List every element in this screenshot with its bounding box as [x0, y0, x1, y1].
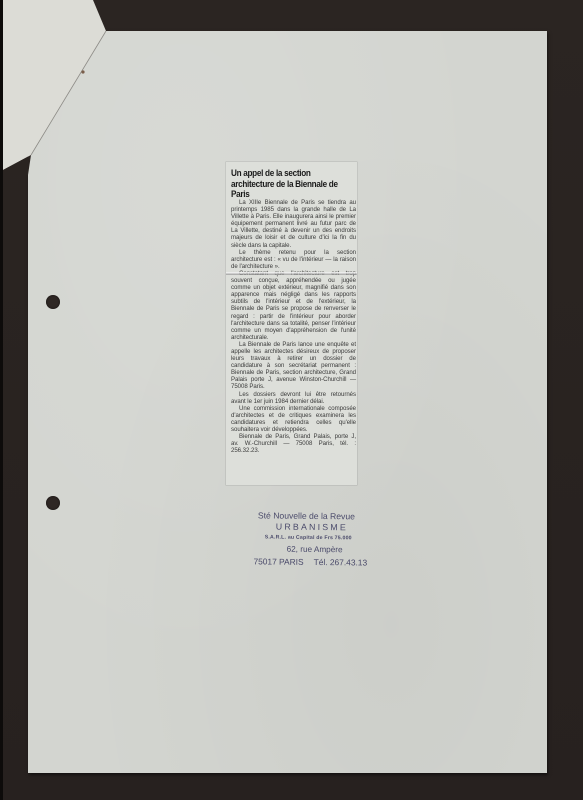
clipping-fold-crease: [226, 272, 357, 275]
clipping-paragraph: Une commission internationale composée d…: [231, 405, 356, 433]
clipping-paragraph: Le thème retenu pour la section architec…: [231, 249, 356, 270]
clipping-paragraph: Les dossiers devront lui être retournés …: [231, 391, 356, 405]
newspaper-clipping: Un appel de la section architecture de l…: [226, 162, 357, 485]
clipping-paragraph: La Biennale de Paris lance une enquête e…: [231, 341, 356, 391]
clipping-paragraph: La XIIIe Biennale de Paris se tiendra au…: [231, 199, 356, 249]
folded-corner-flap: [0, 0, 110, 175]
stamp-company: Sté Nouvelle de la Revue: [258, 510, 355, 521]
stamp-title: URBANISME: [276, 522, 348, 533]
punch-hole-bottom: [46, 496, 60, 510]
clipping-headline: Un appel de la section architecture de l…: [231, 168, 341, 200]
stamp-city-line: 75017 PARISTél. 267.43.13: [253, 556, 367, 567]
stamp-phone: Tél. 267.43.13: [314, 557, 368, 568]
stamp-street: 62, rue Ampère: [287, 545, 343, 555]
clipping-body: La XIIIe Biennale de Paris se tiendra au…: [231, 199, 356, 454]
stamp-capital: S.A.R.L. au Capital de Frs 75.000: [265, 534, 352, 541]
clipping-paragraph: Biennale de Paris, Grand Palais, porte J…: [231, 433, 356, 454]
punch-hole-top: [46, 295, 60, 309]
stamp-city: 75017 PARIS: [253, 556, 303, 567]
clipping-paragraph: Constatant que l'architecture est trop s…: [231, 270, 356, 341]
